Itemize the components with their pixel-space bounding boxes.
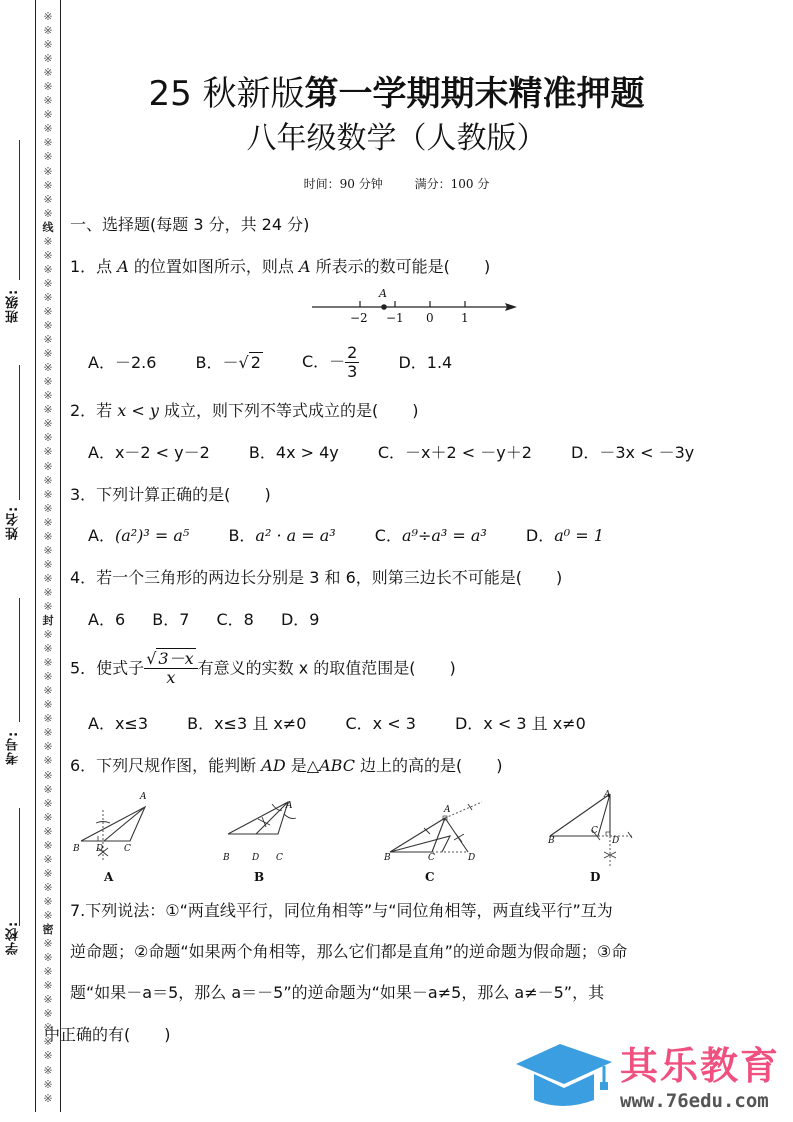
- seal-mark: ※: [40, 10, 56, 24]
- seal-mark: ※: [40, 951, 56, 965]
- section-heading: 一、选择题(每题 3 分，共 24 分): [70, 215, 309, 235]
- brand-logo[interactable]: 其乐教育 www.76edu.com: [508, 1042, 793, 1120]
- seal-mark: ※: [40, 277, 56, 291]
- seal-word: 密: [40, 923, 56, 937]
- seal-mark: ※: [40, 193, 56, 207]
- seal-mark: ※: [40, 628, 56, 642]
- figure-caption-b: B: [254, 870, 264, 884]
- brand-name: 其乐教育: [620, 1044, 780, 1088]
- seal-mark: ※: [40, 24, 56, 38]
- seal-mark: ※: [40, 783, 56, 797]
- seal-mark: ※: [40, 1092, 56, 1106]
- option-c[interactable]: C．－x＋2 < －y＋2: [378, 443, 532, 463]
- seal-mark: ※: [40, 488, 56, 502]
- seal-mark: ※: [40, 754, 56, 768]
- seal-mark: ※: [40, 572, 56, 586]
- option-a[interactable]: A．x－2 < y－2: [88, 443, 210, 463]
- option-a[interactable]: A．－2.6: [88, 353, 156, 373]
- class-field-line: [19, 140, 20, 280]
- seal-mark: ※: [40, 937, 56, 951]
- figure-caption-c: C: [425, 870, 435, 884]
- question-4-stem: 4．若一个三角形的两边长分别是 3 和 6，则第三边长不可能是(): [70, 568, 562, 588]
- tick-label: −2: [350, 311, 368, 325]
- seal-mark: ※: [40, 291, 56, 305]
- seal-mark: ※: [40, 516, 56, 530]
- question-2-options: A．x－2 < y－2 B．4x > 4y C．－x＋2 < －y＋2 D．－3…: [88, 443, 728, 463]
- seal-mark: ※: [40, 853, 56, 867]
- number-line-point-label: A: [379, 287, 387, 300]
- question-5-options: A．x≤3 B．x≤3 且 x≠0 C．x < 3 D．x < 3 且 x≠0: [88, 714, 620, 734]
- seal-mark: ※: [40, 474, 56, 488]
- seal-mark: ※: [40, 712, 56, 726]
- seal-mark: ※: [40, 235, 56, 249]
- seal-word: 封: [40, 614, 56, 628]
- option-c[interactable]: C．8: [217, 610, 254, 630]
- tick-label: 0: [426, 311, 434, 325]
- radical-fraction: √3－xx: [144, 650, 197, 687]
- seal-mark: ※: [40, 769, 56, 783]
- exam-subtitle: 八年级数学（人教版）: [0, 120, 793, 158]
- number-line-figure: [305, 285, 525, 330]
- seal-mark: ※: [40, 600, 56, 614]
- seal-mark: ※: [40, 403, 56, 417]
- seal-mark: ※: [40, 431, 56, 445]
- seal-mark: ※: [40, 249, 56, 263]
- seal-mark: ※: [40, 319, 56, 333]
- question-3-stem: 3．下列计算正确的是(): [70, 485, 271, 505]
- option-d[interactable]: D．x < 3 且 x≠0: [455, 714, 586, 734]
- exam-number-field-label: 考号:: [4, 728, 28, 768]
- seal-mark: ※: [40, 1007, 56, 1021]
- class-field-label: 班级:: [4, 286, 28, 326]
- exam-score: 满分：100 分: [415, 177, 490, 191]
- option-d[interactable]: D．－3x < －3y: [571, 443, 694, 463]
- option-b[interactable]: B．7: [152, 610, 189, 630]
- seal-mark: ※: [40, 698, 56, 712]
- school-field-label: 学校:: [4, 918, 28, 958]
- exam-time: 时间：90 分钟: [304, 177, 383, 191]
- question-7-text: 7.下列说法：①“两直线平行，同位角相等”与“同位角相等，两直线平行”互为 逆命…: [70, 890, 760, 1013]
- seal-mark: ※: [40, 1078, 56, 1092]
- margin-line-outer: [35, 0, 36, 1112]
- seal-mark: ※: [40, 684, 56, 698]
- seal-mark: ※: [40, 1064, 56, 1078]
- option-b[interactable]: B．4x > 4y: [249, 443, 339, 463]
- option-a[interactable]: A．(a²)³ = a⁵: [88, 526, 189, 546]
- seal-mark: ※: [40, 811, 56, 825]
- option-c[interactable]: C．－23: [302, 344, 359, 381]
- option-b[interactable]: B．x≤3 且 x≠0: [187, 714, 306, 734]
- exam-meta: 时间：90 分钟 满分：100 分: [0, 175, 793, 192]
- graduation-cap-icon: [512, 1042, 617, 1114]
- construction-figure-b[interactable]: [220, 800, 310, 860]
- question-1-options: A．－2.6 B．－√2 C．－23 D．1.4: [88, 344, 486, 381]
- question-7-last-line: 中正确的有(): [44, 1025, 171, 1045]
- seal-mark: ※: [40, 389, 56, 403]
- option-d[interactable]: D．a⁰ = 1: [526, 526, 604, 546]
- seal-mark: ※: [40, 825, 56, 839]
- option-a[interactable]: A．x≤3: [88, 714, 148, 734]
- seal-mark: ※: [40, 417, 56, 431]
- seal-mark: ※: [40, 207, 56, 221]
- seal-mark: ※: [40, 502, 56, 516]
- tick-label: −1: [386, 311, 404, 325]
- option-d[interactable]: D．1.4: [398, 353, 452, 373]
- exam-title: 25 秋新版第一学期期末精准押题: [0, 74, 793, 114]
- question-1-stem: 1．点 A 的位置如图所示，则点 A 所表示的数可能是(): [70, 257, 490, 277]
- question-4-options: A．6 B．7 C．8 D．9: [88, 610, 341, 630]
- school-field-line: [19, 808, 20, 926]
- seal-mark: ※: [40, 375, 56, 389]
- seal-mark: ※: [40, 670, 56, 684]
- seal-mark: ※: [40, 979, 56, 993]
- option-b[interactable]: B．a² · a = a³: [228, 526, 335, 546]
- seal-mark: ※: [40, 347, 56, 361]
- seal-mark: ※: [40, 656, 56, 670]
- name-field-line: [19, 365, 20, 500]
- seal-word: 线: [40, 221, 56, 235]
- seal-mark: ※: [40, 881, 56, 895]
- seal-mark: ※: [40, 895, 56, 909]
- seal-mark: ※: [40, 38, 56, 52]
- seal-mark: ※: [40, 740, 56, 754]
- construction-figure-c[interactable]: [380, 800, 490, 860]
- figure-caption-d: D: [590, 870, 600, 884]
- margin-line-inner: [60, 0, 61, 1112]
- question-3-options: A．(a²)³ = a⁵ B．a² · a = a³ C．a⁹÷a³ = a³ …: [88, 526, 638, 546]
- question-2-stem: 2．若 x < y 成立，则下列不等式成立的是(): [70, 401, 419, 421]
- seal-mark: ※: [40, 333, 56, 347]
- option-a[interactable]: A．6: [88, 610, 125, 630]
- brand-url: www.76edu.com: [620, 1090, 769, 1112]
- seal-mark: ※: [40, 642, 56, 656]
- title-main: 第一学期期末精准押题: [305, 74, 645, 114]
- question-6-stem: 6．下列尺规作图，能判断 AD 是△ABC 边上的高的是(): [70, 756, 503, 776]
- option-d[interactable]: D．9: [281, 610, 320, 630]
- seal-mark: ※: [40, 460, 56, 474]
- seal-mark: ※: [40, 839, 56, 853]
- seal-mark: ※: [40, 530, 56, 544]
- seal-mark: ※: [40, 909, 56, 923]
- seal-mark: ※: [40, 305, 56, 319]
- option-b[interactable]: B．－√2: [196, 353, 263, 373]
- seal-mark: ※: [40, 445, 56, 459]
- seal-mark: ※: [40, 726, 56, 740]
- seal-mark: ※: [40, 586, 56, 600]
- seal-mark: ※: [40, 263, 56, 277]
- figure-caption-a: A: [104, 870, 113, 884]
- option-c[interactable]: C．a⁹÷a³ = a³: [375, 526, 487, 546]
- tick-label: 1: [461, 311, 469, 325]
- seal-mark: ※: [40, 965, 56, 979]
- seal-mark: ※: [40, 558, 56, 572]
- question-7-line: 题“如果－a＝5，那么 a＝－5”的逆命题为“如果－a≠5，那么 a≠－5”，其: [70, 972, 760, 1013]
- seal-mark: ※: [40, 1049, 56, 1063]
- option-c[interactable]: C．x < 3: [345, 714, 415, 734]
- name-field-label: 姓名:: [4, 503, 28, 543]
- seal-mark: ※: [40, 867, 56, 881]
- question-7-line: 逆命题；②命题“如果两个角相等，那么它们都是直角”的逆命题为假命题；③命: [70, 931, 760, 972]
- fraction: 23: [345, 344, 359, 381]
- exam-number-field-line: [19, 598, 20, 722]
- title-edition: 25 秋新版: [148, 74, 304, 114]
- seal-mark: ※: [40, 544, 56, 558]
- seal-mark: ※: [40, 993, 56, 1007]
- question-7-line: 7.下列说法：①“两直线平行，同位角相等”与“同位角相等，两直线平行”互为: [70, 890, 760, 931]
- seal-mark: ※: [40, 797, 56, 811]
- seal-mark: ※: [40, 361, 56, 375]
- question-5-stem: 5．使式子√3－xx有意义的实数 x 的取值范围是(): [70, 650, 456, 687]
- seal-mark: ※: [40, 52, 56, 66]
